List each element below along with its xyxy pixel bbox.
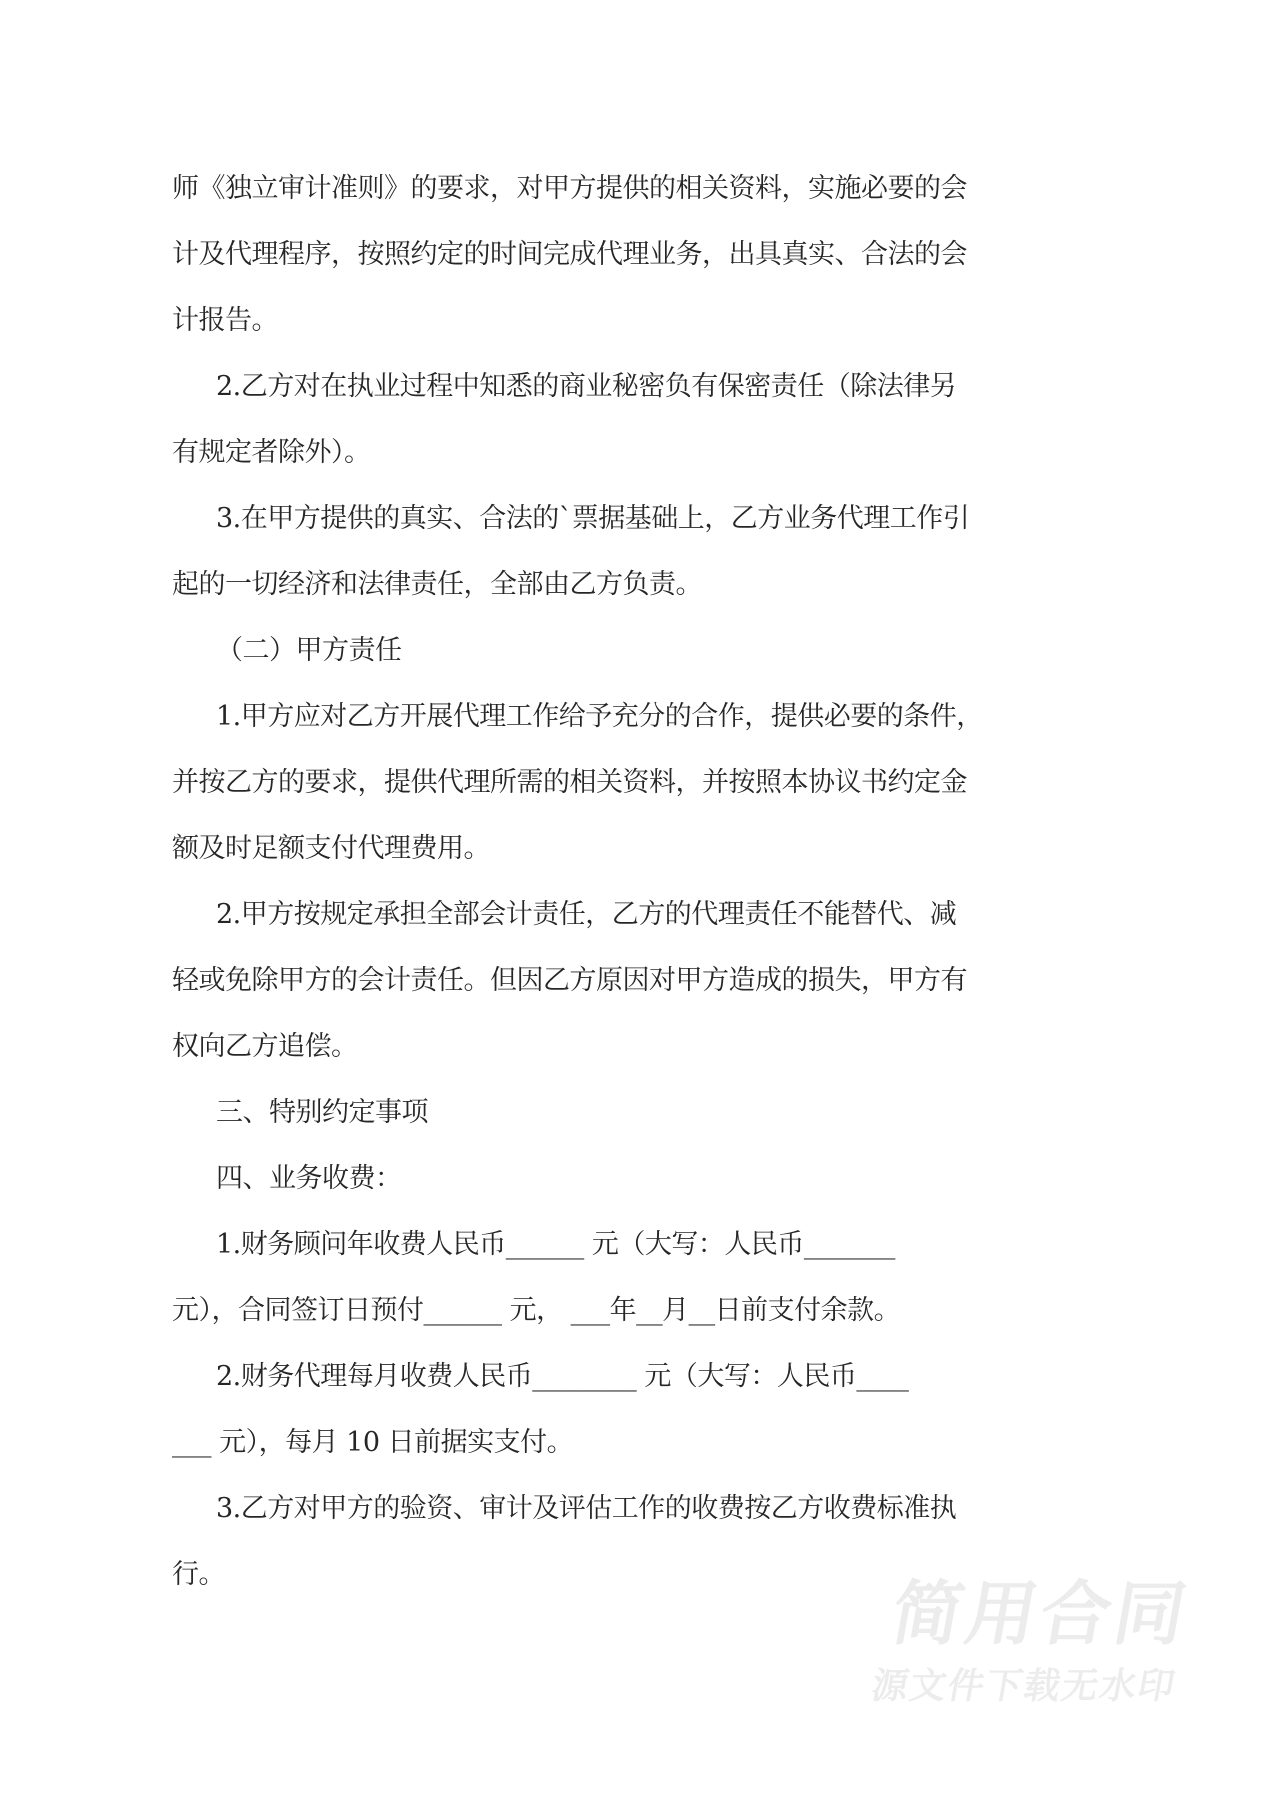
contract-line: 行。 [172,1542,964,1608]
contract-line: 有规定者除外）。 [172,420,964,486]
contract-line-with-blanks: 1.财务顾问年收费人民币______ 元（大写：人民币_______ [172,1212,964,1278]
contract-body-text: 师《独立审计准则》的要求，对甲方提供的相关资料，实施必要的会 计及代理程序，按照… [172,156,964,1608]
contract-line: 2.甲方按规定承担全部会计责任，乙方的代理责任不能替代、减 [172,882,964,948]
contract-line: 额及时足额支付代理费用。 [172,816,964,882]
contract-line: 并按乙方的要求，提供代理所需的相关资料，并按照本协议书约定金 [172,750,964,816]
contract-page: 师《独立审计准则》的要求，对甲方提供的相关资料，实施必要的会 计及代理程序，按照… [0,0,1280,1810]
contract-section-heading: （二）甲方责任 [172,618,964,684]
watermark-subtitle: 源文件下载无水印 [868,1667,1179,1707]
contract-line-with-blanks: 2.财务代理每月收费人民币________ 元（大写：人民币____ [172,1344,964,1410]
contract-line: 权向乙方追偿。 [172,1014,964,1080]
contract-line: 计报告。 [172,288,964,354]
contract-line: 2.乙方对在执业过程中知悉的商业秘密负有保密责任（除法律另 [172,354,964,420]
contract-section-heading: 四、业务收费： [172,1146,964,1212]
contract-line: 轻或免除甲方的会计责任。但因乙方原因对甲方造成的损失，甲方有 [172,948,964,1014]
contract-line: 3.乙方对甲方的验资、审计及评估工作的收费按乙方收费标准执 [172,1476,964,1542]
contract-section-heading: 三、特别约定事项 [172,1080,964,1146]
contract-line: 计及代理程序，按照约定的时间完成代理业务，出具真实、合法的会 [172,222,964,288]
contract-line: 师《独立审计准则》的要求，对甲方提供的相关资料，实施必要的会 [172,156,964,222]
contract-line: 1.甲方应对乙方开展代理工作给予充分的合作，提供必要的条件， [172,684,964,750]
contract-line-with-blanks: ___ 元），每月 10 日前据实支付。 [172,1410,964,1476]
contract-line-with-blanks: 元），合同签订日预付______ 元， ___年__月__日前支付余款。 [172,1278,964,1344]
contract-line: 3.在甲方提供的真实、合法的`票据基础上，乙方业务代理工作引 [172,486,964,552]
contract-line: 起的一切经济和法律责任，全部由乙方负责。 [172,552,964,618]
